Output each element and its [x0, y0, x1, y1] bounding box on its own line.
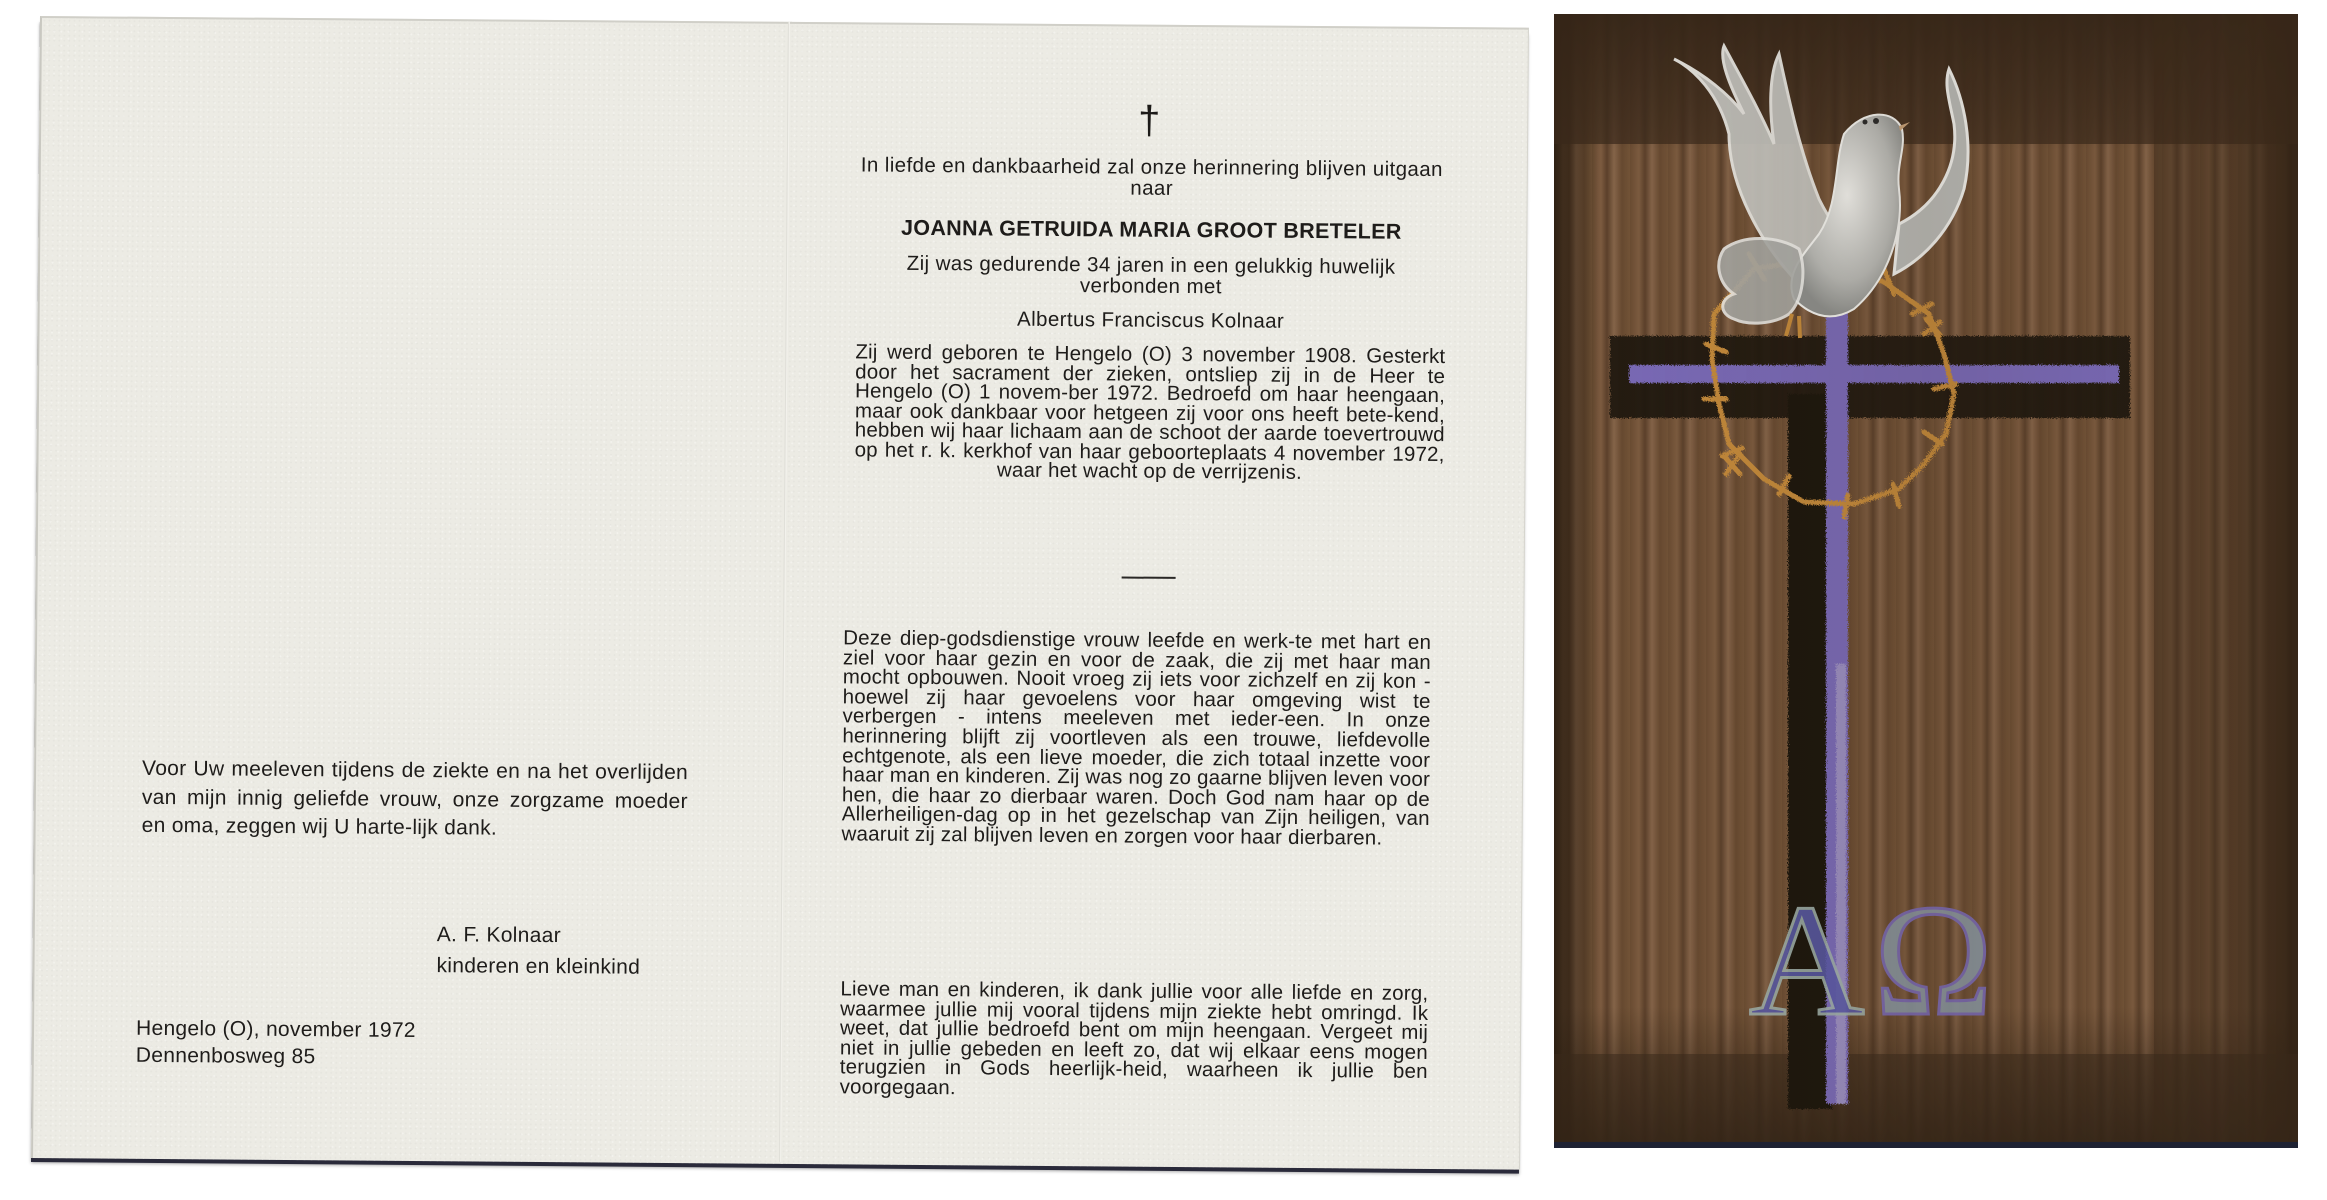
intro-text: In liefde en dankbaarheid zal onze herin… [857, 154, 1447, 201]
signature-block: A. F. Kolnaar kinderen en kleinkind [436, 919, 640, 983]
tribute-text: Deze diep-godsdienstige vrouw leefde en … [842, 628, 1432, 848]
deceased-name: JOANNA GETRUIDA MARIA GROOT BRETELER [856, 217, 1446, 243]
farewell-text: Lieve man en kinderen, ik dank jullie vo… [840, 979, 1429, 1101]
separator-line [1122, 577, 1176, 579]
memorial-card-inside: Voor Uw meeleven tijdens de ziekte en na… [31, 16, 1528, 1168]
signature-name: A. F. Kolnaar [437, 919, 641, 952]
address: Dennenbosweg 85 [136, 1042, 416, 1071]
grain-overlay [1554, 14, 2298, 1142]
right-panel: † In liefde en dankbaarheid zal onze her… [781, 22, 1529, 1170]
thanks-message: Voor Uw meeleven tijdens de ziekte en na… [142, 755, 689, 845]
place-date: Hengelo (O), november 1972 [136, 1015, 416, 1044]
biography-text: Zij werd geboren te Hengelo (O) 3 novemb… [854, 342, 1445, 483]
front-painting-card: A Ω [1554, 14, 2298, 1142]
spouse-name: Albertus Franciscus Kolnaar [856, 307, 1446, 333]
marriage-text: Zij was gedurende 34 jaren in een gelukk… [856, 252, 1446, 299]
signature-family: kinderen en kleinkind [436, 950, 640, 983]
left-panel: Voor Uw meeleven tijdens de ziekte en na… [31, 16, 792, 1164]
painting-illustration: A Ω [1554, 14, 2298, 1142]
cross-icon: † [1129, 101, 1169, 141]
place-date-block: Hengelo (O), november 1972 Dennenbosweg … [136, 1015, 416, 1071]
